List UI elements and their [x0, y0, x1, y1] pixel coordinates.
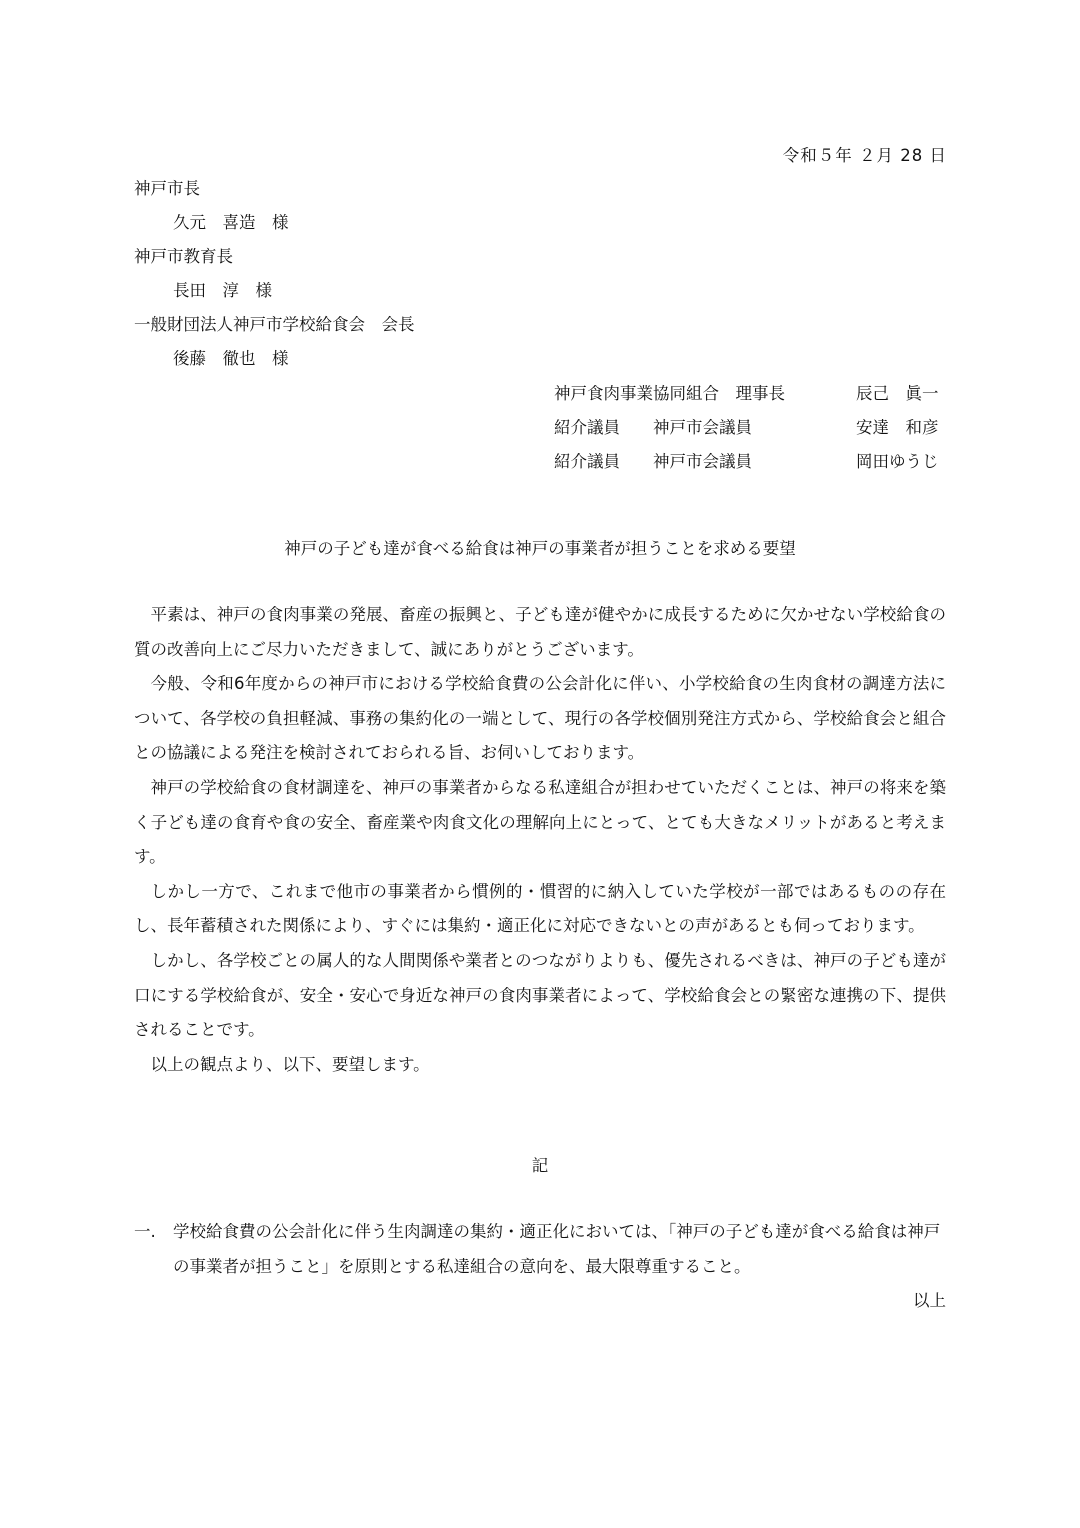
sender-org: 神戸食肉事業協同組合 理事長 — [554, 380, 785, 404]
body-paragraph: しかし、各学校ごとの属人的な人間関係や業者とのつながりよりも、優先されるべきは、… — [134, 944, 946, 1048]
letter-body: 平素は、神戸の食肉事業の発展、畜産の振興と、子ども達が健やかに成長するために欠か… — [134, 598, 946, 1082]
addressee-name-superintendent: 長田 淳 様 — [173, 277, 272, 301]
sender-row-councillor-2: 紹介議員 神戸市会議員 岡田ゆうじ — [554, 448, 954, 472]
addressee-name-lunch-association: 後藤 徹也 様 — [173, 345, 289, 369]
addressee-title-lunch-association: 一般財団法人神戸市学校給食会 会長 — [134, 311, 415, 335]
request-title: 神戸の子ども達が食べる給食は神戸の事業者が担うことを求める要望 — [0, 535, 1080, 559]
body-paragraph: しかし一方で、これまで他市の事業者から慣例的・慣習的に納入していた学校が一部では… — [134, 875, 946, 944]
item-marker: 一. — [134, 1214, 156, 1249]
body-paragraph: 神戸の学校給食の食材調達を、神戸の事業者からなる私達組合が担わせていただくことは… — [134, 771, 946, 875]
addressee-title-superintendent: 神戸市教育長 — [134, 243, 233, 267]
sender-name: 岡田ゆうじ — [856, 448, 939, 472]
ki-heading: 記 — [0, 1152, 1080, 1176]
sender-name: 辰己 眞一 — [856, 380, 939, 404]
body-paragraph: 平素は、神戸の食肉事業の発展、畜産の振興と、子ども達が健やかに成長するために欠か… — [134, 598, 946, 667]
addressee-name-mayor: 久元 喜造 様 — [173, 209, 289, 233]
body-paragraph: 以上の観点より、以下、要望します。 — [134, 1048, 946, 1083]
addressee-title-mayor: 神戸市長 — [134, 175, 200, 199]
request-item: 一. 学校給食費の公会計化に伴う生肉調達の集約・適正化においては、「神戸の子ども… — [134, 1214, 946, 1284]
sender-name: 安達 和彦 — [856, 414, 939, 438]
sender-org: 紹介議員 神戸市会議員 — [554, 414, 752, 438]
sender-row-union: 神戸食肉事業協同組合 理事長 辰己 眞一 — [554, 380, 954, 404]
sender-org: 紹介議員 神戸市会議員 — [554, 448, 752, 472]
letter-date: 令和５年 ２月 28 日 — [783, 142, 947, 166]
closing-mark: 以上 — [913, 1287, 946, 1311]
item-text: 学校給食費の公会計化に伴う生肉調達の集約・適正化においては、「神戸の子ども達が食… — [173, 1214, 946, 1284]
body-paragraph: 今般、令和6年度からの神戸市における学校給食費の公会計化に伴い、小学校給食の生肉… — [134, 667, 946, 771]
sender-row-councillor-1: 紹介議員 神戸市会議員 安達 和彦 — [554, 414, 954, 438]
